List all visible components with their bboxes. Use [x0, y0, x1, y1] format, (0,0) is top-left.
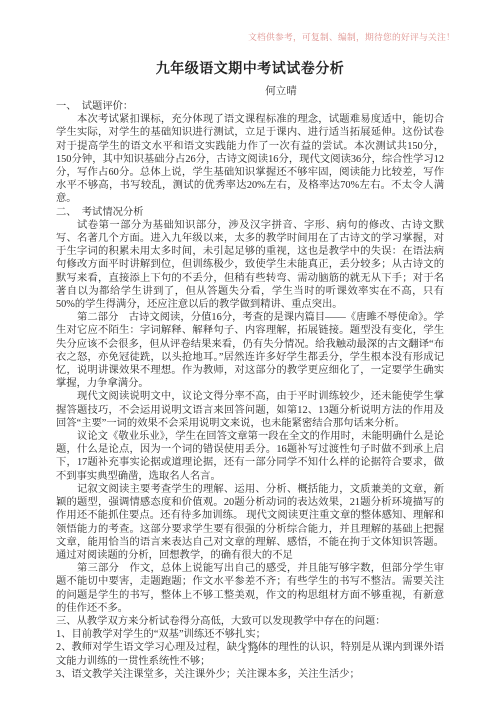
- paragraph-evaluation: 本次考试紧扣课标，充分体现了语文课程标准的理念，试题难易度适中，能切合学生实际，…: [56, 113, 444, 205]
- paragraph-part3-composition: 第三部分 作文，总体上说能写出自己的感受，并且能写够字数，但部分学生审题不能切中…: [56, 562, 444, 615]
- section-heading-2: 二、 考试情况分析: [56, 206, 444, 219]
- paragraph-narrative-reading: 记叙文阅读主要考查学生的理解、运用、分析、概括能力，文质兼美的文章，新颖的题型，…: [56, 483, 444, 562]
- document-body: 一、 试题评价： 本次考试紧扣课标，充分体现了语文课程标准的理念，试题难易度适中…: [0, 100, 500, 681]
- problem-item-1: 1、目前教学对学生的“双基”训练还不够扎实；: [56, 628, 444, 641]
- paragraph-modern-expository: 现代文阅读说明文中，议论文得分率不高，由于平时训练较少，还未能使学生掌握答题技巧…: [56, 390, 444, 430]
- page-number: 1 / 2: [0, 646, 500, 656]
- section-heading-1: 一、 试题评价：: [56, 100, 444, 113]
- problem-item-3: 3、语文教学关注课堂多，关注课外少；关注课本多，关注生活少；: [56, 668, 444, 681]
- document-title: 九年级语文期中考试试卷分析: [0, 61, 500, 78]
- author-name: 何立晴: [0, 86, 500, 98]
- paragraph-part1-basics: 试卷第一部分为基础知识部分，涉及汉字拼音、字形、病句的修改、古诗文默写、名著几个…: [56, 219, 444, 311]
- section-heading-3: 三、从教学双方来分析试卷得分高低，大致可以发现教学中存在的问题：: [56, 615, 444, 628]
- paragraph-part2-classical-reading: 第二部分 古诗文阅读，分值16分，考查的是课内篇目——《唐雎不辱使命》。学生对它…: [56, 311, 444, 390]
- document-page: 文档供参考，可复制、编制，期待您的好评与关注！ 九年级语文期中考试试卷分析 何立…: [0, 0, 500, 707]
- header-notice: 文档供参考，可复制、编制，期待您的好评与关注！: [248, 30, 455, 43]
- paragraph-argumentative-essay: 议论文《敬业乐业》，学生在回答文章第一段在全文的作用时，未能明确什么是论题，什么…: [56, 430, 444, 483]
